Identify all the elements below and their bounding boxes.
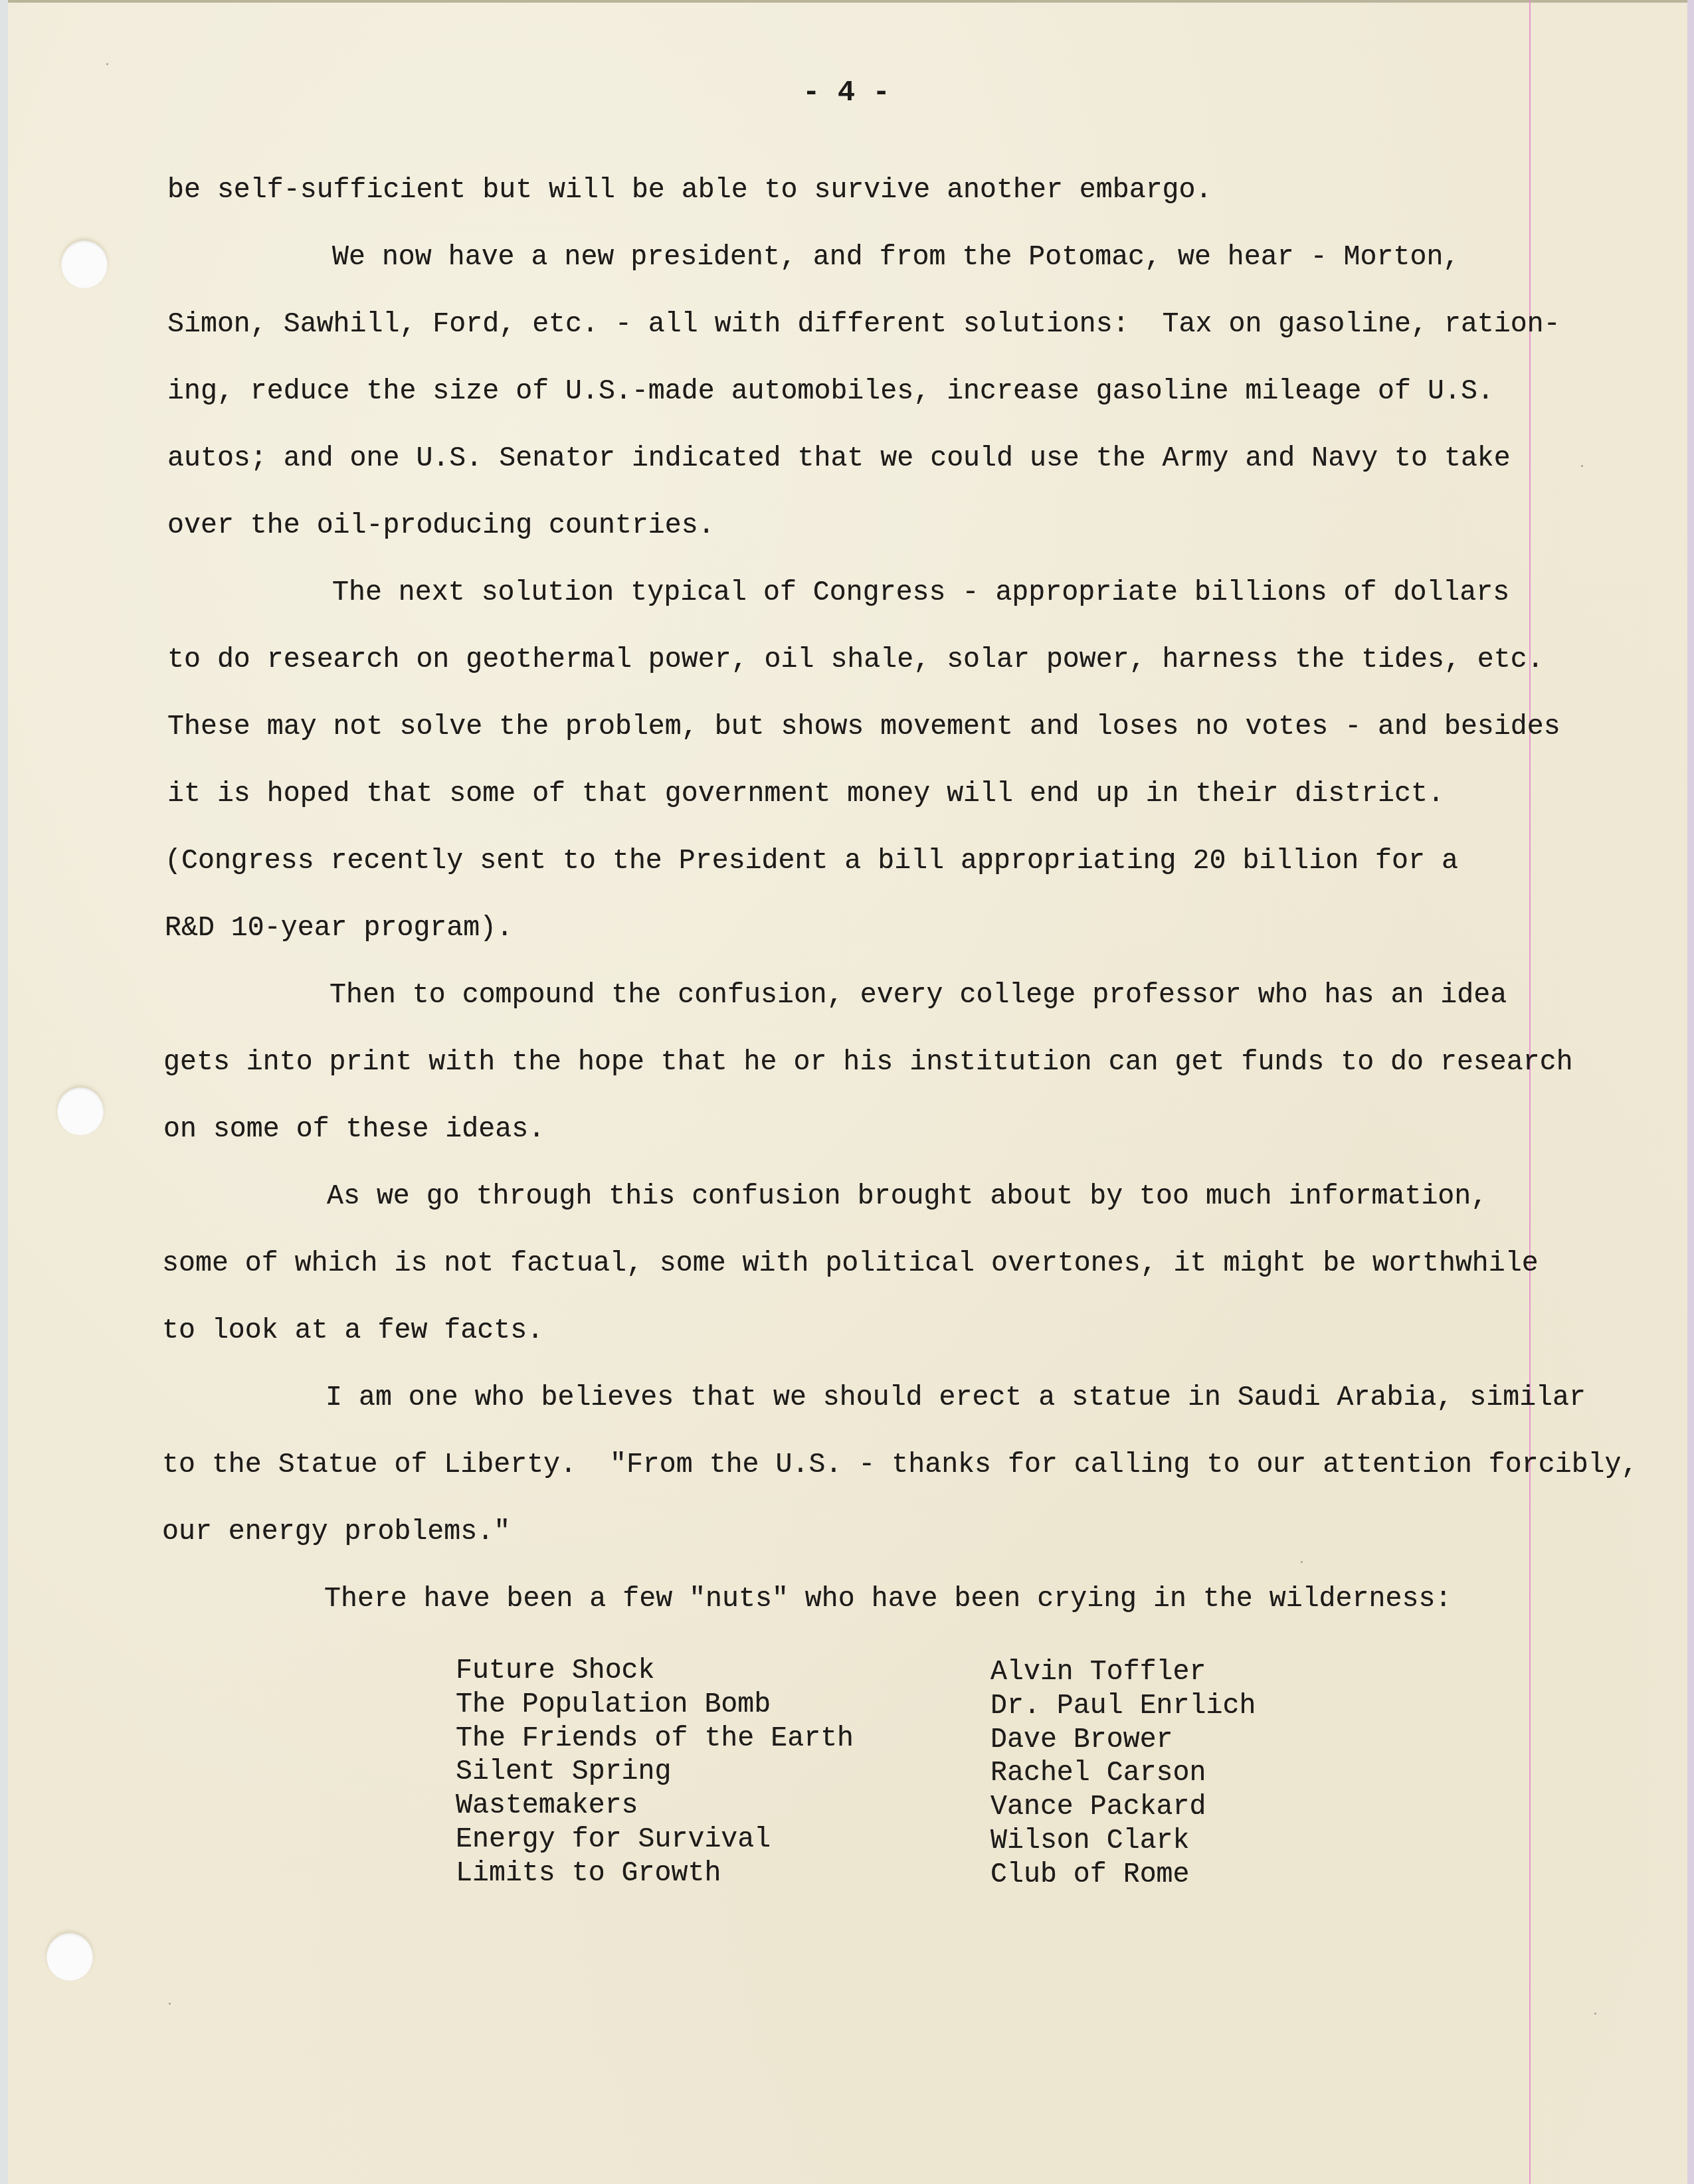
punch-hole-top bbox=[61, 240, 108, 288]
text-line: to the Statue of Liberty. "From the U.S.… bbox=[162, 1451, 1638, 1479]
text-line: on some of these ideas. bbox=[163, 1116, 545, 1144]
book-author: Dr. Paul Enrlich bbox=[990, 1690, 1256, 1724]
paragraph-first-line: There have been a few "nuts" who have be… bbox=[324, 1586, 1452, 1613]
text-line: ing, reduce the size of U.S.-made automo… bbox=[167, 378, 1494, 406]
text-line: over the oil-producing countries. bbox=[167, 512, 715, 540]
punch-hole-middle bbox=[57, 1087, 104, 1135]
paper-speck bbox=[1301, 1561, 1303, 1563]
book-title: The Friends of the Earth bbox=[456, 1722, 854, 1756]
book-title: Silent Spring bbox=[456, 1756, 854, 1789]
book-title: The Population Bomb bbox=[456, 1688, 854, 1722]
book-titles-column: Future Shock The Population Bomb The Fri… bbox=[456, 1655, 854, 1891]
book-author: Dave Brower bbox=[990, 1724, 1256, 1758]
book-author: Wilson Clark bbox=[990, 1825, 1256, 1859]
scan-left-border bbox=[0, 0, 8, 2184]
paragraph-first-line: Then to compound the confusion, every co… bbox=[329, 982, 1507, 1010]
paper-speck bbox=[106, 63, 108, 65]
text-line: (Congress recently sent to the President… bbox=[165, 848, 1458, 875]
text-line: be self-sufficient but will be able to s… bbox=[167, 177, 1212, 205]
paragraph-first-line: I am one who believes that we should ere… bbox=[326, 1384, 1586, 1412]
book-author: Alvin Toffler bbox=[990, 1656, 1256, 1690]
page-number: - 4 - bbox=[802, 76, 890, 110]
paper-speck bbox=[1581, 465, 1583, 467]
book-title: Limits to Growth bbox=[456, 1857, 854, 1891]
text-line: to look at a few facts. bbox=[162, 1317, 543, 1345]
paragraph-first-line: As we go through this confusion brought … bbox=[327, 1183, 1487, 1211]
text-line: to do research on geothermal power, oil … bbox=[167, 646, 1544, 674]
book-title: Future Shock bbox=[456, 1655, 854, 1688]
text-line: our energy problems." bbox=[162, 1518, 510, 1546]
punch-hole-bottom bbox=[47, 1933, 93, 1981]
text-line: R&D 10-year program). bbox=[165, 915, 513, 943]
text-line: some of which is not factual, some with … bbox=[162, 1250, 1539, 1278]
paragraph-first-line: We now have a new president, and from th… bbox=[332, 244, 1459, 272]
paragraph-first-line: The next solution typical of Congress - … bbox=[332, 579, 1509, 607]
paper-speck bbox=[169, 2003, 171, 2005]
text-line: Simon, Sawhill, Ford, etc. - all with di… bbox=[167, 311, 1560, 339]
scan-right-border bbox=[1687, 0, 1694, 2184]
page-top-edge bbox=[8, 0, 1687, 3]
book-author: Vance Packard bbox=[990, 1791, 1256, 1825]
book-title: Energy for Survival bbox=[456, 1823, 854, 1857]
text-line: autos; and one U.S. Senator indicated th… bbox=[167, 445, 1511, 473]
text-line: it is hoped that some of that government… bbox=[167, 780, 1444, 808]
book-title: Wastemakers bbox=[456, 1789, 854, 1823]
text-line: These may not solve the problem, but sho… bbox=[167, 713, 1560, 741]
book-author: Club of Rome bbox=[990, 1859, 1256, 1892]
text-line: gets into print with the hope that he or… bbox=[163, 1049, 1573, 1077]
book-authors-column: Alvin Toffler Dr. Paul Enrlich Dave Brow… bbox=[990, 1656, 1256, 1892]
book-author: Rachel Carson bbox=[990, 1757, 1256, 1791]
paper-speck bbox=[1594, 2013, 1596, 2015]
